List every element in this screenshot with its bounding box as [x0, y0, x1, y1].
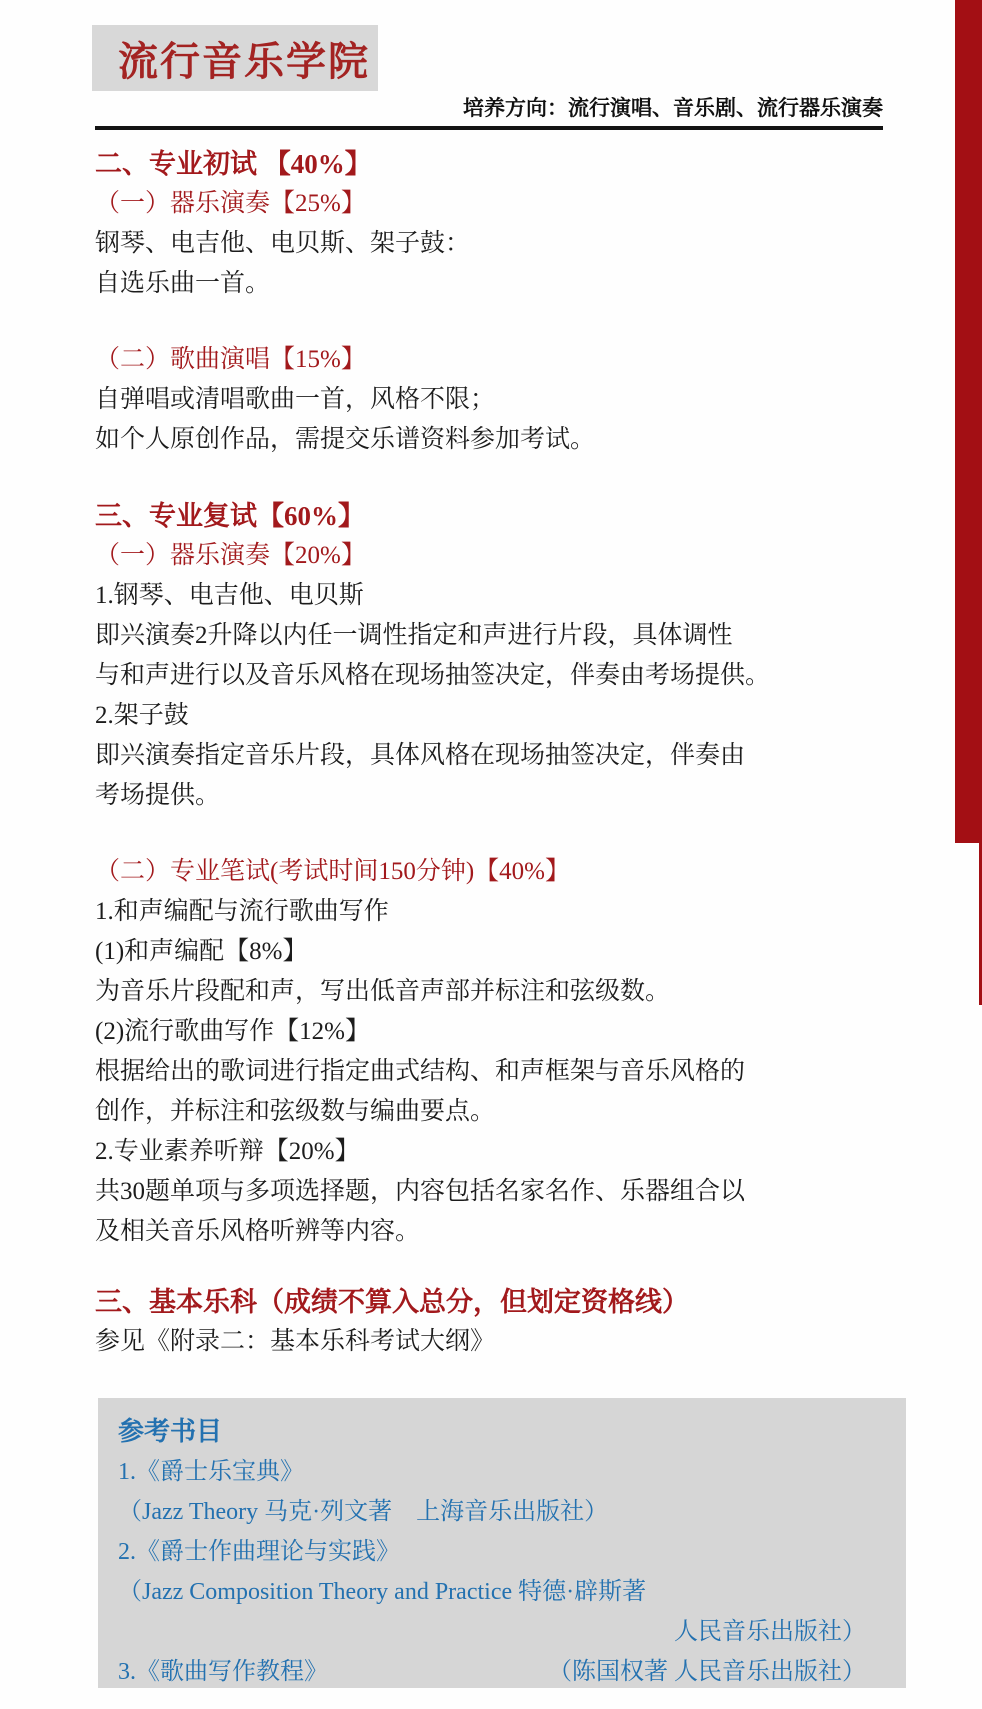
section-heading: 三、专业复试【60%】 [95, 496, 915, 536]
training-direction-line: 培养方向：流行演唱、音乐剧、流行器乐演奏 [95, 92, 883, 122]
reference-heading: 参考书目 [118, 1412, 866, 1452]
reference-books-box: 参考书目 1.《爵士乐宝典》 （Jazz Theory 马克·列文著 上海音乐出… [98, 1398, 906, 1688]
subsection-heading: （二）专业笔试(考试时间150分钟)【40%】 [95, 852, 915, 892]
list-item: 1.和声编配与流行歌曲写作 [95, 892, 915, 932]
list-item: (2)流行歌曲写作【12%】 [95, 1012, 915, 1052]
reference-item-title: 3.《歌曲写作教程》 [118, 1652, 328, 1692]
list-item: (1)和声编配【8%】 [95, 932, 915, 972]
section-heading: 三、基本乐科（成绩不算入总分，但划定资格线） [95, 1282, 915, 1322]
body-line: 创作，并标注和弦级数与编曲要点。 [95, 1092, 915, 1132]
body-line: 自选乐曲一首。 [95, 264, 915, 304]
body-line: 与和声进行以及音乐风格在现场抽签决定，伴奏由考场提供。 [95, 656, 915, 696]
list-item: 2.架子鼓 [95, 696, 915, 736]
right-red-bar [955, 0, 982, 843]
list-item: 2.专业素养听辩【20%】 [95, 1132, 915, 1172]
reference-item-publisher: 人民音乐出版社） [118, 1612, 866, 1652]
header-divider [95, 126, 883, 130]
body-line: 共30题单项与多项选择题，内容包括名家名作、乐器组合以 [95, 1172, 915, 1212]
document-page: 流行音乐学院 培养方向：流行演唱、音乐剧、流行器乐演奏 二、专业初试 【40%】… [0, 0, 982, 1709]
body-line: 即兴演奏2升降以内任一调性指定和声进行片段，具体调性 [95, 616, 915, 656]
body-line: 参见《附录二：基本乐科考试大纲》 [95, 1322, 915, 1362]
reference-item: 3.《歌曲写作教程》 （陈国权著 人民音乐出版社） [118, 1652, 866, 1692]
subsection-heading: （二）歌曲演唱【15%】 [95, 340, 915, 380]
body-line: 自弹唱或清唱歌曲一首，风格不限； [95, 380, 915, 420]
body-line: 钢琴、电吉他、电贝斯、架子鼓： [95, 224, 915, 264]
section-heading: 二、专业初试 【40%】 [95, 144, 915, 184]
body-line: 考场提供。 [95, 776, 915, 816]
body-line: 如个人原创作品，需提交乐谱资料参加考试。 [95, 420, 915, 460]
subsection-heading: （一）器乐演奏【20%】 [95, 536, 915, 576]
reference-item: 1.《爵士乐宝典》 [118, 1452, 866, 1492]
page-title: 流行音乐学院 [118, 30, 370, 87]
reference-item-detail: （Jazz Composition Theory and Practice 特德… [118, 1572, 866, 1612]
body-line: 及相关音乐风格听辨等内容。 [95, 1212, 915, 1252]
document-body: 二、专业初试 【40%】 （一）器乐演奏【25%】 钢琴、电吉他、电贝斯、架子鼓… [95, 144, 915, 1362]
reference-item-detail: （陈国权著 人民音乐出版社） [548, 1652, 866, 1692]
body-line: 为音乐片段配和声，写出低音声部并标注和弦级数。 [95, 972, 915, 1012]
reference-item: 2.《爵士作曲理论与实践》 [118, 1532, 866, 1572]
reference-item-detail: （Jazz Theory 马克·列文著 上海音乐出版社） [118, 1492, 866, 1532]
body-line: 即兴演奏指定音乐片段，具体风格在现场抽签决定，伴奏由 [95, 736, 915, 776]
body-line: 根据给出的歌词进行指定曲式结构、和声框架与音乐风格的 [95, 1052, 915, 1092]
subsection-heading: （一）器乐演奏【25%】 [95, 184, 915, 224]
title-box: 流行音乐学院 [92, 25, 378, 91]
list-item: 1.钢琴、电吉他、电贝斯 [95, 576, 915, 616]
